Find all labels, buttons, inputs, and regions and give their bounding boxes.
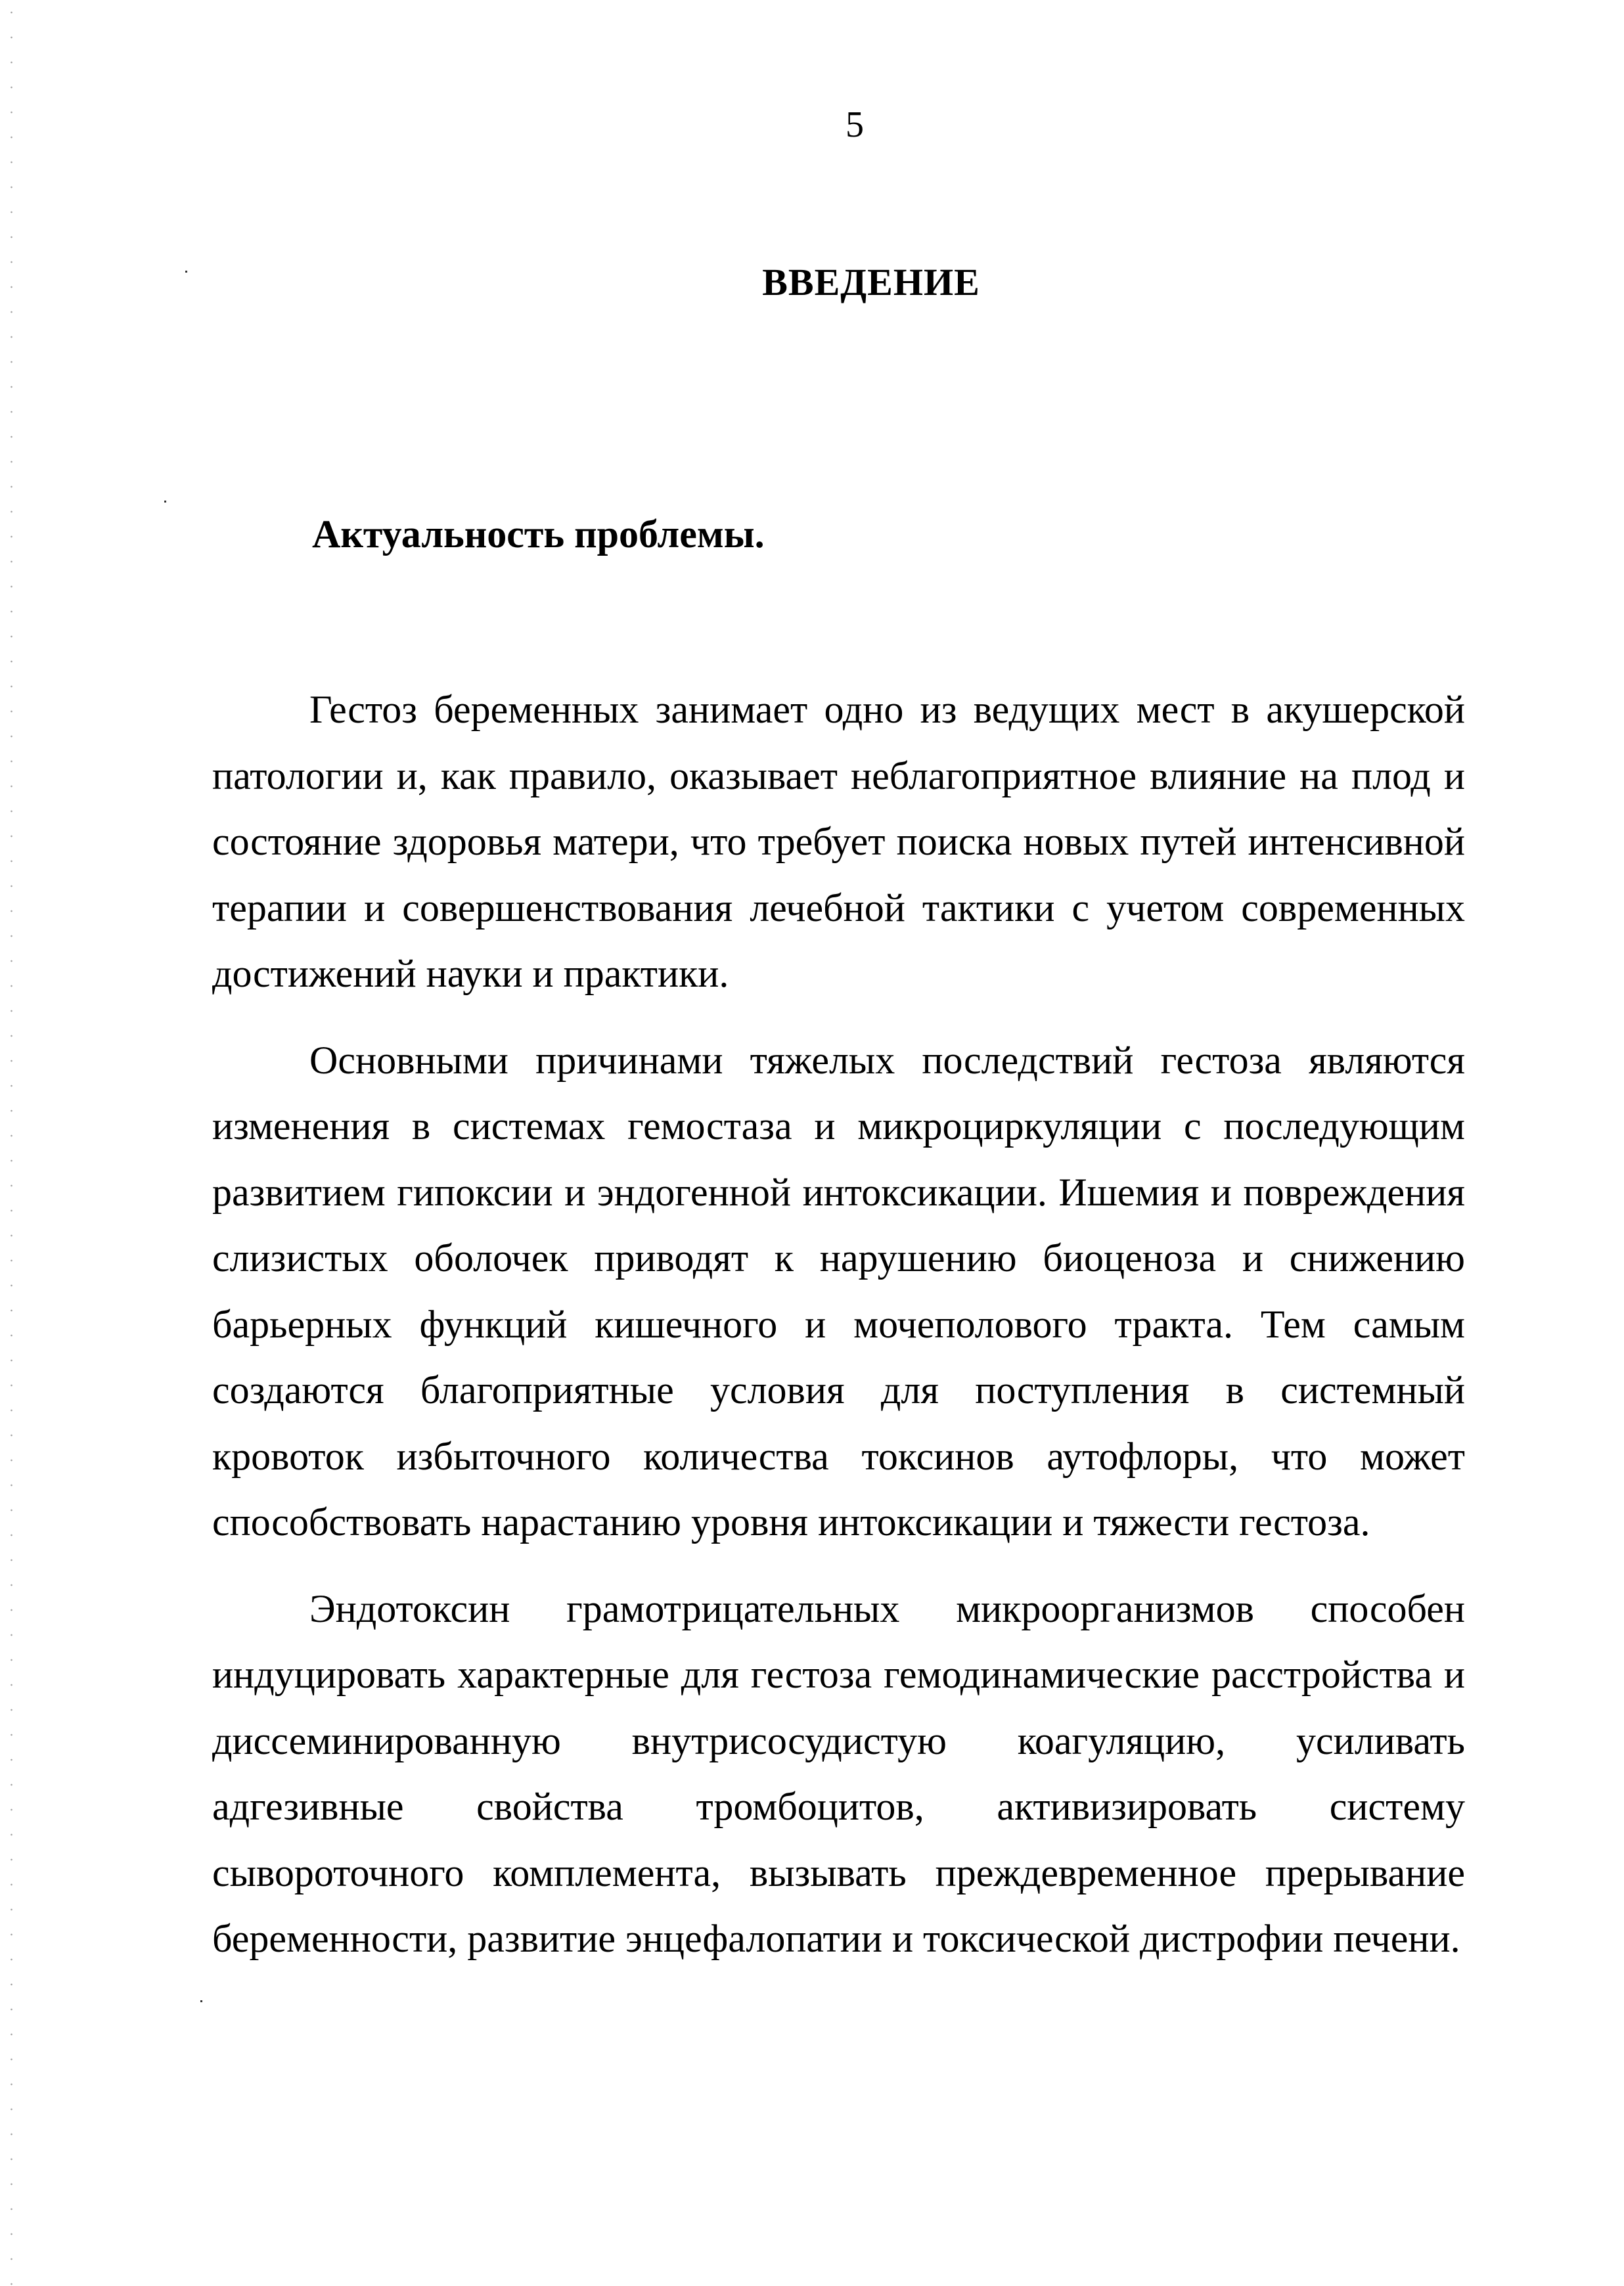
paragraph: Основными причинами тяжелых последствий … (212, 1027, 1465, 1556)
paragraph: Гестоз беременных занимает одно из ведущ… (212, 677, 1465, 1007)
scan-speck (164, 501, 166, 503)
page-number: 5 (0, 105, 1624, 145)
scan-speck (200, 2000, 202, 2002)
scan-edge-artifact (11, 0, 12, 2286)
paragraph: Эндотоксин грамотрицательных микрооргани… (212, 1576, 1465, 1972)
section-heading: Актуальность проблемы. (312, 511, 765, 557)
chapter-title: ВВЕДЕНИЕ (0, 259, 1624, 305)
body-text: Гестоз беременных занимает одно из ведущ… (212, 677, 1465, 1992)
